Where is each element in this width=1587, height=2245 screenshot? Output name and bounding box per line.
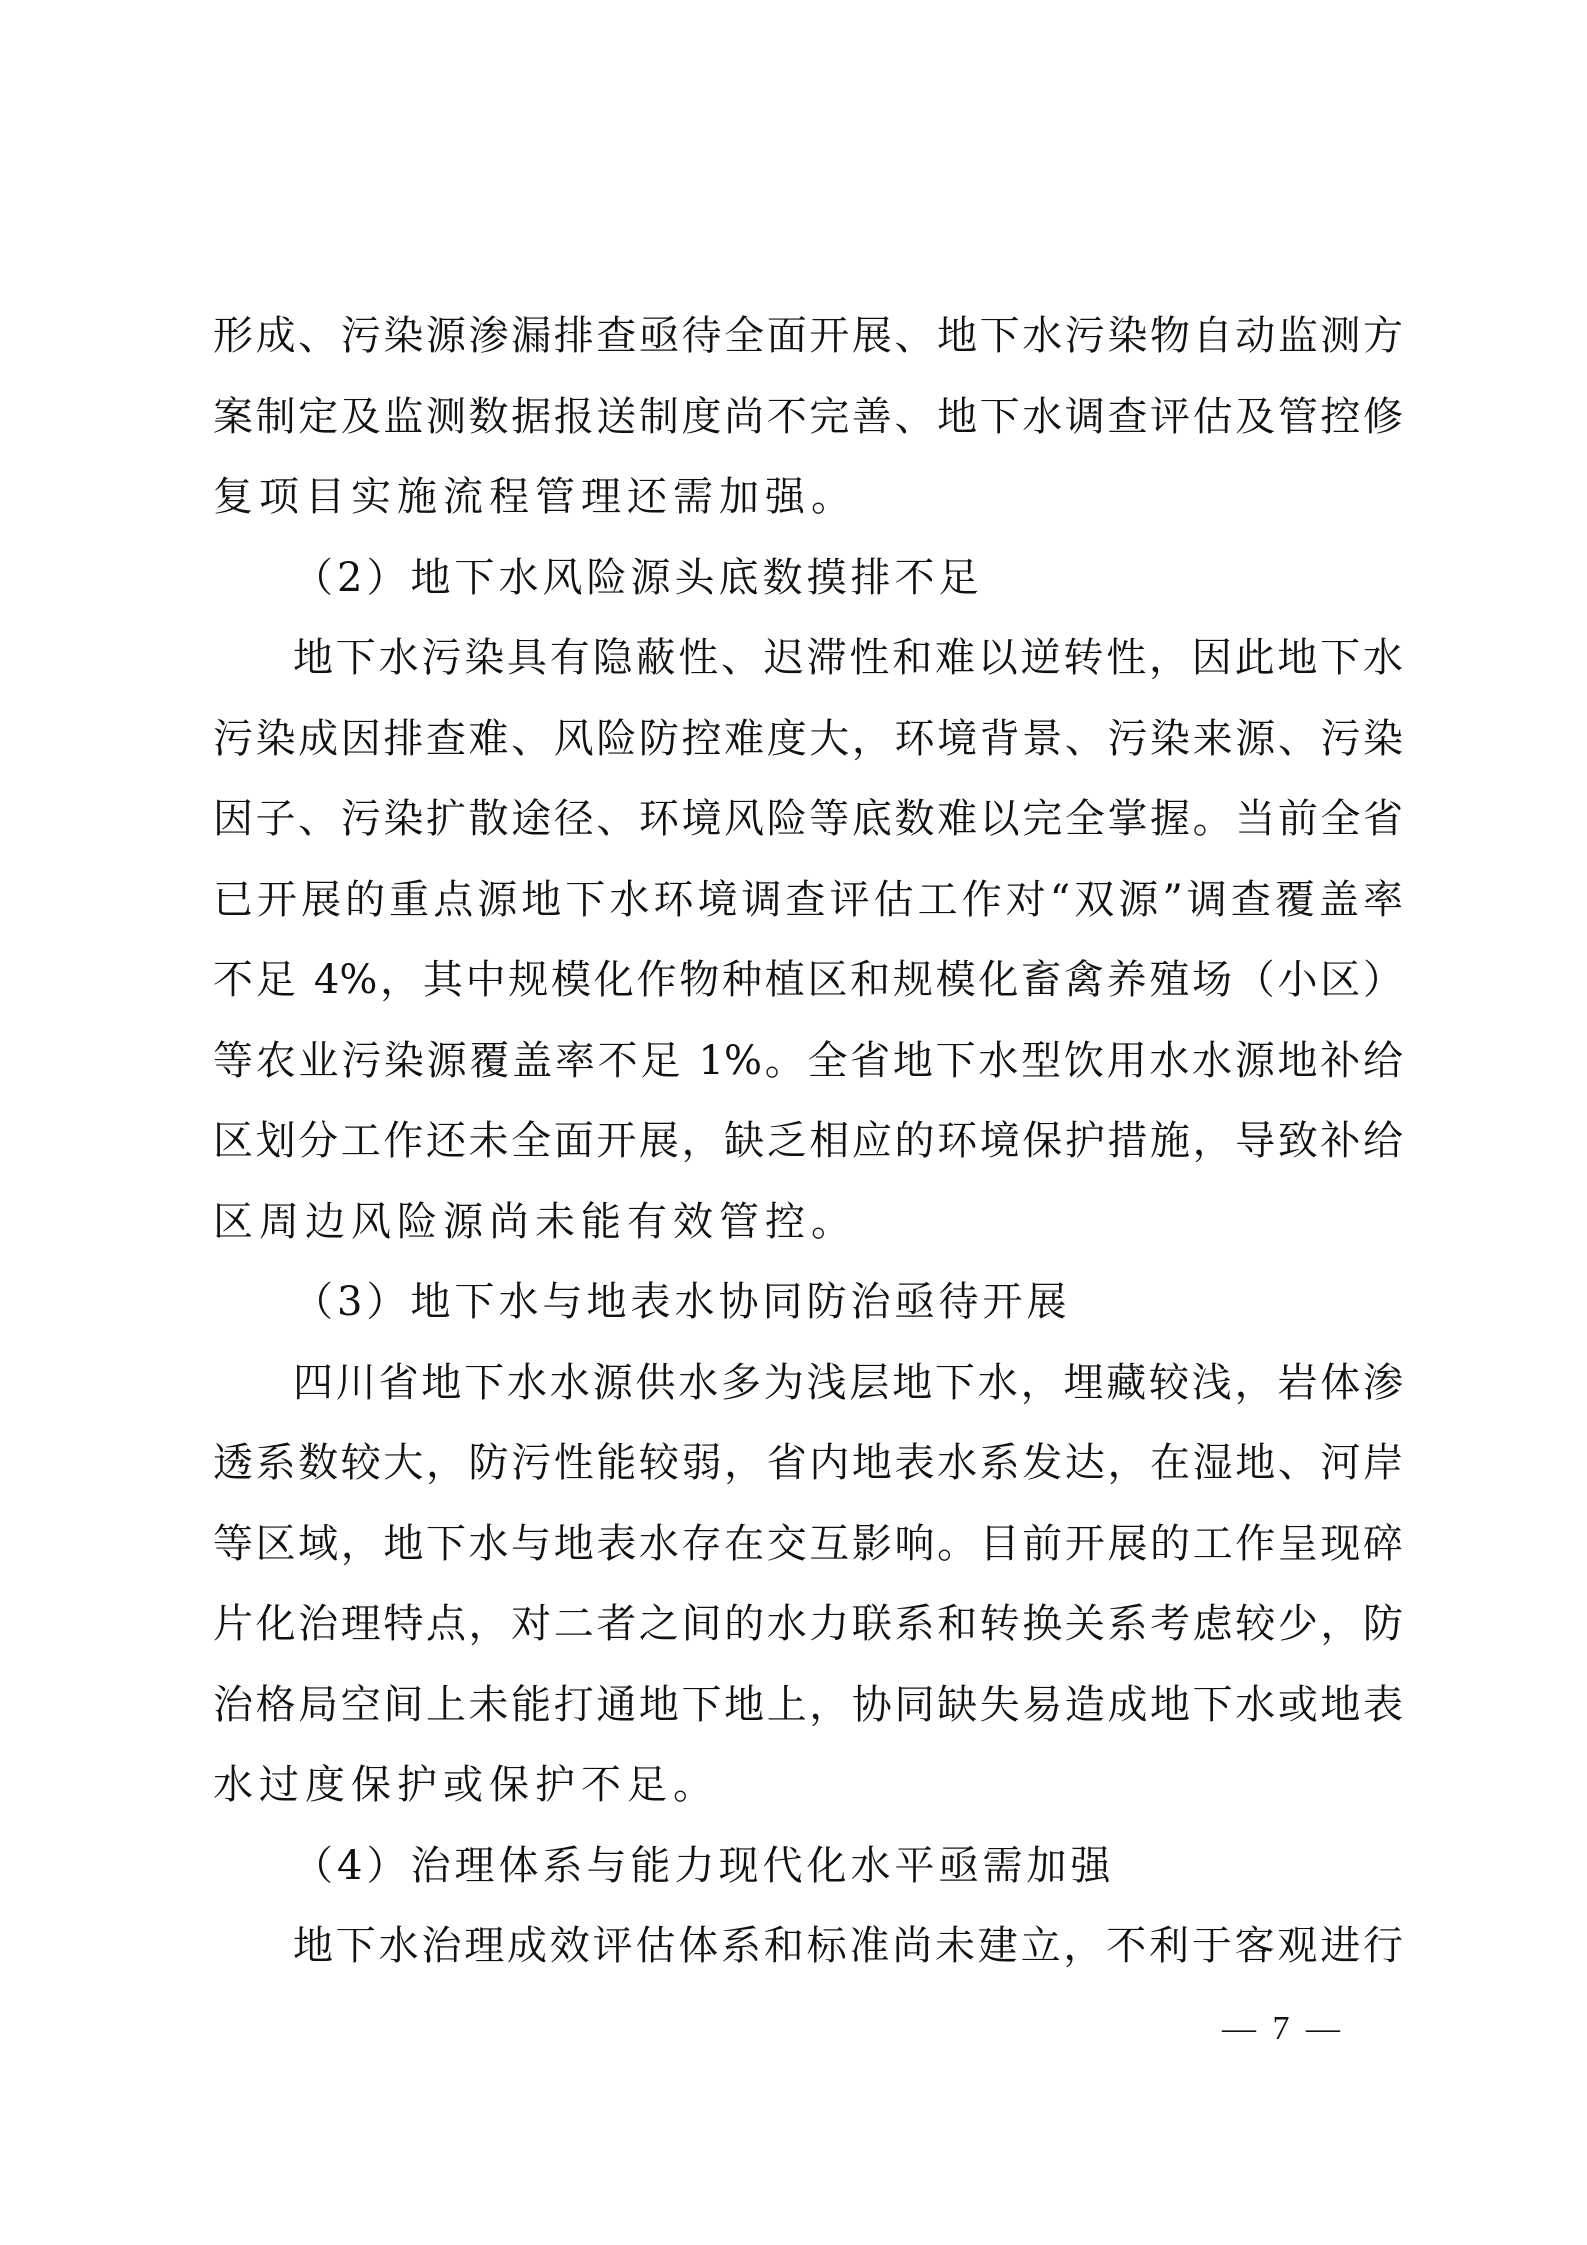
paragraph-line: 等区域，地下水与地表水存在交互影响。目前开展的工作呈现碎 <box>213 1504 1403 1585</box>
paragraph-line: 地下水治理成效评估体系和标准尚未建立，不利于客观进行 <box>213 1906 1403 1987</box>
paragraph-line: 因子、污染扩散途径、环境风险等底数难以完全掌握。当前全省 <box>213 779 1403 860</box>
paragraph-line: 水过度保护或保护不足。 <box>213 1745 1403 1826</box>
paragraph-line: 已开展的重点源地下水环境调查评估工作对“双源”调查覆盖率 <box>213 860 1403 941</box>
paragraph-line: 不足 4%，其中规模化作物种植区和规模化畜禽养殖场（小区） <box>213 940 1403 1021</box>
section-heading-3: （3）地下水与地表水协同防治亟待开展 <box>213 1262 1403 1343</box>
paragraph-line: 地下水污染具有隐蔽性、迟滞性和难以逆转性，因此地下水 <box>213 618 1403 699</box>
paragraph-line: 污染成因排查难、风险防控难度大，环境背景、污染来源、污染 <box>213 699 1403 780</box>
paragraph-line: 形成、污染源渗漏排查亟待全面开展、地下水污染物自动监测方 <box>213 296 1403 377</box>
paragraph-line: 区划分工作还未全面开展，缺乏相应的环境保护措施，导致补给 <box>213 1101 1403 1182</box>
paragraph-line: 案制定及监测数据报送制度尚不完善、地下水调查评估及管控修 <box>213 377 1403 458</box>
paragraph-line: 等农业污染源覆盖率不足 1%。全省地下水型饮用水水源地补给 <box>213 1021 1403 1102</box>
document-page: 形成、污染源渗漏排查亟待全面开展、地下水污染物自动监测方 案制定及监测数据报送制… <box>0 0 1587 2245</box>
paragraph-line: 四川省地下水水源供水多为浅层地下水，埋藏较浅，岩体渗 <box>213 1343 1403 1424</box>
paragraph-line: 透系数较大，防污性能较弱，省内地表水系发达，在湿地、河岸 <box>213 1423 1403 1504</box>
page-number: — 7 — <box>1222 2010 1344 2048</box>
paragraph-line: 治格局空间上未能打通地下地上，协同缺失易造成地下水或地表 <box>213 1665 1403 1746</box>
paragraph-line: 片化治理特点，对二者之间的水力联系和转换关系考虑较少，防 <box>213 1584 1403 1665</box>
section-heading-2: （2）地下水风险源头底数摸排不足 <box>213 538 1403 619</box>
body-text: 形成、污染源渗漏排查亟待全面开展、地下水污染物自动监测方 案制定及监测数据报送制… <box>213 296 1403 1987</box>
paragraph-line: 复项目实施流程管理还需加强。 <box>213 457 1403 538</box>
paragraph-line: 区周边风险源尚未能有效管控。 <box>213 1182 1403 1263</box>
section-heading-4: （4）治理体系与能力现代化水平亟需加强 <box>213 1826 1403 1907</box>
